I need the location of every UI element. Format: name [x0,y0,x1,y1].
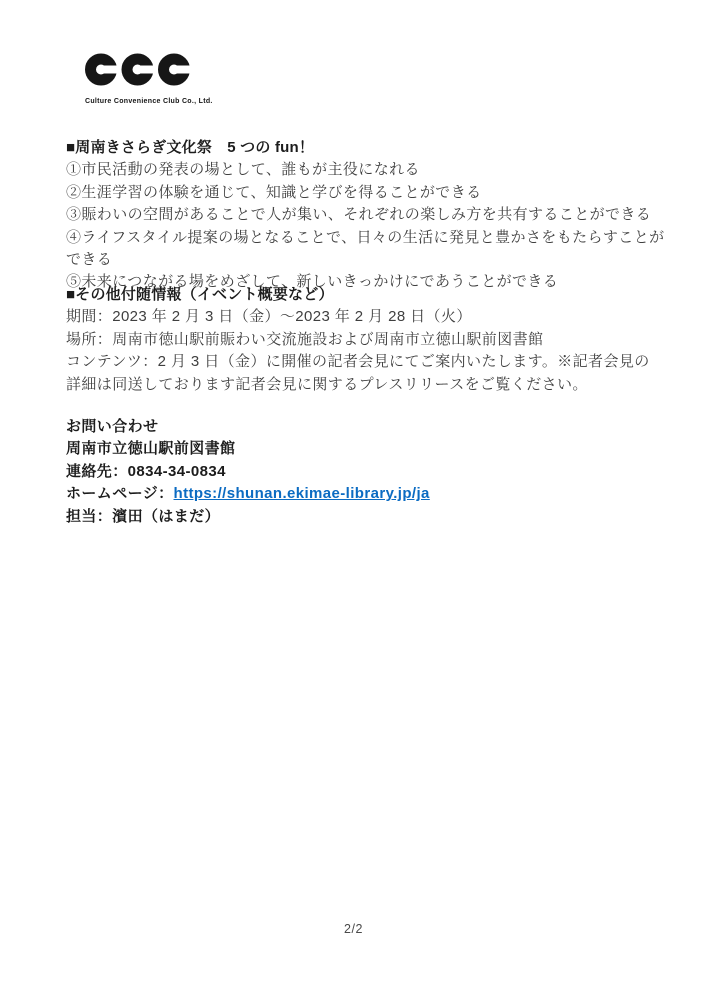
ccc-logo: Culture Convenience Club Co., Ltd. [85,53,195,105]
ccc-logo-mark [85,53,190,86]
document-page: Culture Convenience Club Co., Ltd. ■周南きさ… [0,0,707,1000]
section-five-fun-heading: ■周南きさらぎ文化祭 5 つの fun！ [66,137,676,159]
section-additional-info: ■その他付随情報（イベント概要など） 期間：2023 年 2 月 3 日（金）～… [66,284,654,396]
contact-organization: 周南市立徳山駅前図書館 [66,438,676,460]
fun-item-3: ③賑わいの空間があることで人が集い、それぞれの楽しみ方を共有することができる [66,204,676,226]
homepage-link[interactable]: https://shunan.ekimae-library.jp/ja [174,485,430,502]
section-additional-info-heading: ■その他付随情報（イベント概要など） [66,284,654,306]
contact-homepage-label: ホームページ： [66,485,174,502]
event-contents: コンテンツ：2 月 3 日（金）に開催の記者会見にてご案内いたします。※記者会見… [66,351,654,396]
logo-letter-c-1 [91,59,119,80]
page-number: 2/2 [0,922,707,936]
section-contact: お問い合わせ 周南市立徳山駅前図書館 連絡先：0834-34-0834 ホームペ… [66,416,676,528]
contact-homepage-line: ホームページ：https://shunan.ekimae-library.jp/… [66,483,676,505]
logo-letter-c-3 [164,59,191,80]
contact-person: 担当：濱田（はまだ） [66,506,676,528]
section-five-fun: ■周南きさらぎ文化祭 5 つの fun！ ①市民活動の発表の場として、誰もが主役… [66,137,676,294]
event-location: 場所：周南市徳山駅前賑わい交流施設および周南市立徳山駅前図書館 [66,329,654,351]
fun-item-1: ①市民活動の発表の場として、誰もが主役になれる [66,159,676,181]
fun-item-4: ④ライフスタイル提案の場となることで、日々の生活に発見と豊かさをもたらすことがで… [66,227,676,272]
event-period: 期間：2023 年 2 月 3 日（金）～2023 年 2 月 28 日（火） [66,306,654,328]
logo-company-name: Culture Convenience Club Co., Ltd. [85,98,195,105]
logo-letter-c-2 [127,59,155,80]
contact-heading: お問い合わせ [66,416,676,438]
contact-phone: 連絡先：0834-34-0834 [66,461,676,483]
fun-item-2: ②生涯学習の体験を通じて、知識と学びを得ることができる [66,182,676,204]
